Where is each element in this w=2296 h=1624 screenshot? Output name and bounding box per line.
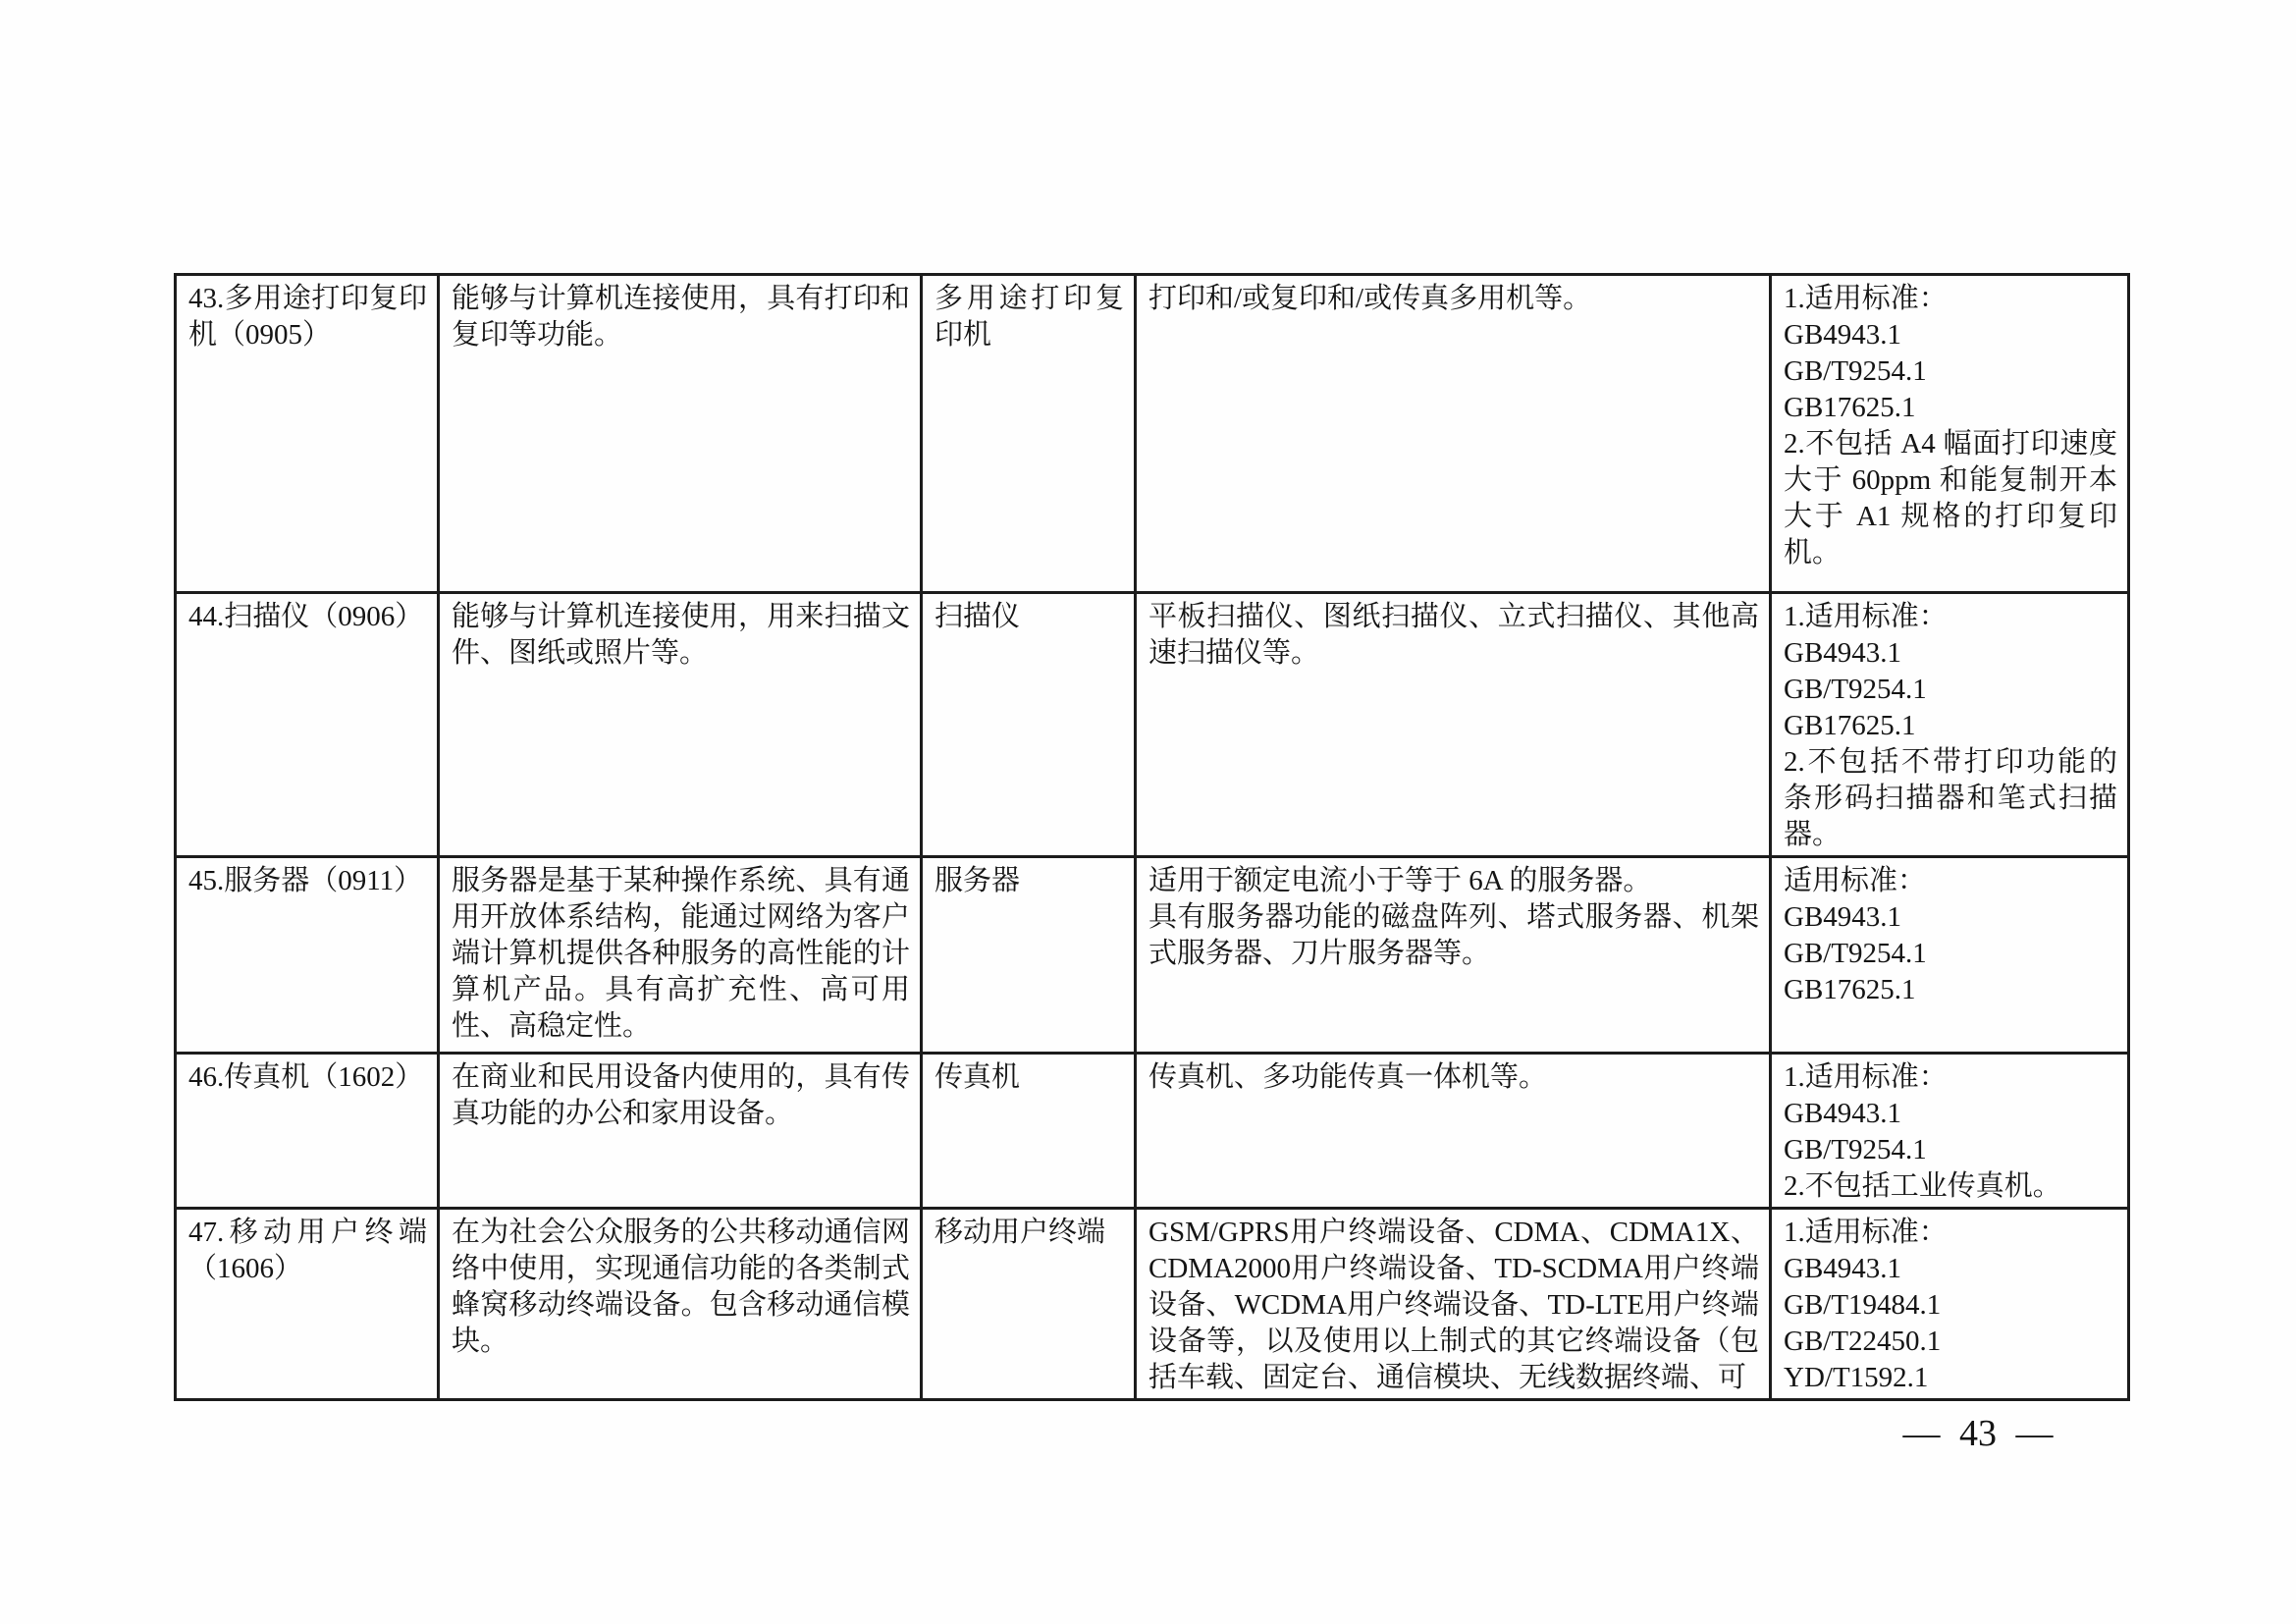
table-row-47: 47.移动用户终端（1606） 在为社会公众服务的公共移动通信网络中使用，实现通… xyxy=(176,1209,2129,1400)
page-number: — 43 — xyxy=(1855,1412,2101,1455)
product-name-cell: 47.移动用户终端（1606） xyxy=(176,1209,439,1400)
table-row-44: 44.扫描仪（0906） 能够与计算机连接使用，用来扫描文件、图纸或照片等。 扫… xyxy=(176,593,2129,857)
product-category-cell: 移动用户终端 xyxy=(922,1209,1136,1400)
product-description-cell: 在商业和民用设备内使用的，具有传真功能的办公和家用设备。 xyxy=(439,1054,922,1209)
product-examples-cell: GSM/GPRS用户终端设备、CDMA、CDMA1X、CDMA2000用户终端设… xyxy=(1136,1209,1771,1400)
product-standards-cell: 1.适用标准： GB4943.1 GB/T9254.1 2.不包括工业传真机。 xyxy=(1771,1054,2129,1209)
product-description-cell: 服务器是基于某种操作系统、具有通用开放体系结构，能通过网络为客户端计算机提供各种… xyxy=(439,857,922,1054)
product-name-cell: 46.传真机（1602） xyxy=(176,1054,439,1209)
product-name-cell: 45.服务器（0911） xyxy=(176,857,439,1054)
product-name-cell: 43.多用途打印复印机（0905） xyxy=(176,275,439,593)
product-standards-cell: 适用标准： GB4943.1 GB/T9254.1 GB17625.1 xyxy=(1771,857,2129,1054)
product-examples-cell: 平板扫描仪、图纸扫描仪、立式扫描仪、其他高速扫描仪等。 xyxy=(1136,593,1771,857)
table-row-46: 46.传真机（1602） 在商业和民用设备内使用的，具有传真功能的办公和家用设备… xyxy=(176,1054,2129,1209)
product-examples-cell: 打印和/或复印和/或传真多用机等。 xyxy=(1136,275,1771,593)
document-page: 43.多用途打印复印机（0905） 能够与计算机连接使用，具有打印和复印等功能。… xyxy=(0,0,2296,1624)
product-examples-cell: 传真机、多功能传真一体机等。 xyxy=(1136,1054,1771,1209)
product-standards-cell: 1.适用标准： GB4943.1 GB/T9254.1 GB17625.1 2.… xyxy=(1771,275,2129,593)
product-catalog-table: 43.多用途打印复印机（0905） 能够与计算机连接使用，具有打印和复印等功能。… xyxy=(174,273,2130,1401)
product-examples-cell: 适用于额定电流小于等于 6A 的服务器。 具有服务器功能的磁盘阵列、塔式服务器、… xyxy=(1136,857,1771,1054)
table-row-43: 43.多用途打印复印机（0905） 能够与计算机连接使用，具有打印和复印等功能。… xyxy=(176,275,2129,593)
product-category-cell: 服务器 xyxy=(922,857,1136,1054)
product-description-cell: 能够与计算机连接使用，具有打印和复印等功能。 xyxy=(439,275,922,593)
product-category-cell: 扫描仪 xyxy=(922,593,1136,857)
table-row-45: 45.服务器（0911） 服务器是基于某种操作系统、具有通用开放体系结构，能通过… xyxy=(176,857,2129,1054)
product-standards-cell: 1.适用标准： GB4943.1 GB/T9254.1 GB17625.1 2.… xyxy=(1771,593,2129,857)
product-description-cell: 能够与计算机连接使用，用来扫描文件、图纸或照片等。 xyxy=(439,593,922,857)
product-standards-cell: 1.适用标准： GB4943.1 GB/T19484.1 GB/T22450.1… xyxy=(1771,1209,2129,1400)
product-category-cell: 多用途打印复印机 xyxy=(922,275,1136,593)
product-category-cell: 传真机 xyxy=(922,1054,1136,1209)
product-name-cell: 44.扫描仪（0906） xyxy=(176,593,439,857)
product-description-cell: 在为社会公众服务的公共移动通信网络中使用，实现通信功能的各类制式蜂窝移动终端设备… xyxy=(439,1209,922,1400)
